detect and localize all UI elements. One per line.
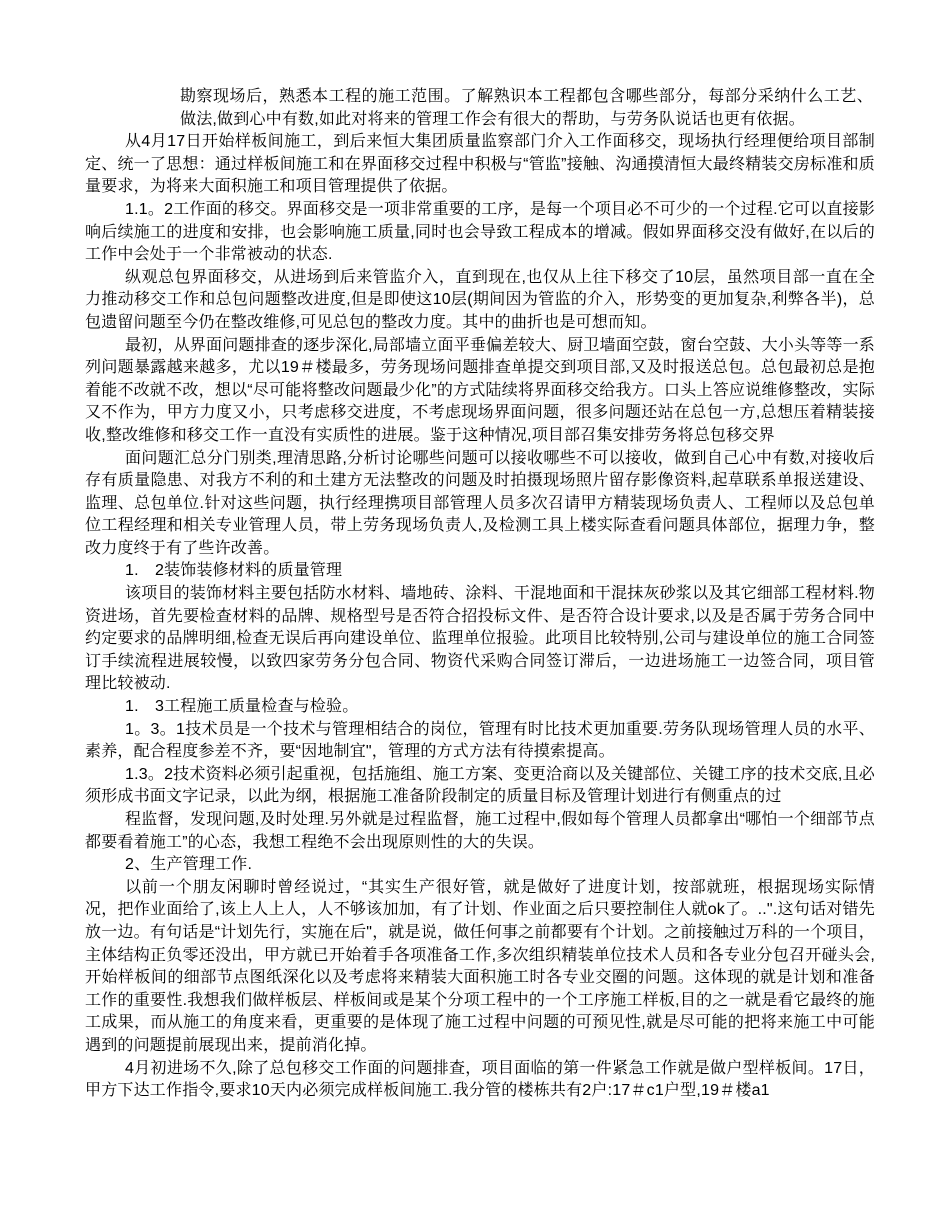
document-page: 勘察现场后，熟悉本工程的施工范围。了解熟识本工程都包含哪些部分，每部分采纳什么工… — [0, 0, 950, 1230]
document-text: 勘察现场后，熟悉本工程的施工范围。了解熟识本工程都包含哪些部分，每部分采纳什么工… — [85, 86, 875, 1103]
paragraph-7: 1. 2装饰装修材料的质量管理 — [85, 560, 875, 583]
paragraph-2: 从4月17日开始样板间施工，到后来恒大集团质量监察部门介入工作面移交，现场执行经… — [85, 131, 875, 199]
paragraph-6: 面问题汇总分门别类,理清思路,分析讨论哪些问题可以接收哪些不可以接收，做到自己心… — [85, 448, 875, 561]
paragraph-11: 1.3。2技术资料必须引起重视，包括施组、施工方案、变更洽商以及关键部位、关键工… — [85, 764, 875, 809]
paragraph-10: 1。3。1技术员是一个技术与管理相结合的岗位，管理有时比技术更加重要.劳务队现场… — [85, 719, 875, 764]
paragraph-4: 纵观总包界面移交，从进场到后来管监介入，直到现在,也仅从上往下移交了10层，虽然… — [85, 267, 875, 335]
paragraph-15: 4月初进场不久,除了总包移交工作面的问题排查，项目面临的第一件紧急工作就是做户型… — [85, 1058, 875, 1103]
paragraph-12: 程监督，发现问题,及时处理.另外就是过程监督，施工过程中,假如每个管理人员都拿出… — [85, 809, 875, 854]
paragraph-1: 勘察现场后，熟悉本工程的施工范围。了解熟识本工程都包含哪些部分，每部分采纳什么工… — [180, 86, 873, 131]
paragraph-9: 1. 3工程施工质量检查与检验。 — [85, 696, 875, 719]
paragraph-3: 1.1。2工作面的移交。界面移交是一项非常重要的工序，是每一个项目必不可少的一个… — [85, 199, 875, 267]
paragraph-8: 该项目的装饰材料主要包括防水材料、墙地砖、涂料、干混地面和干混抹灰砂浆以及其它细… — [85, 583, 875, 696]
paragraph-13: 2、生产管理工作. — [85, 854, 875, 877]
paragraph-5: 最初，从界面问题排查的逐步深化,局部墙立面平垂偏差较大、厨卫墙面空鼓，窗台空鼓、… — [85, 335, 875, 448]
paragraph-14: 以前一个朋友闲聊时曾经说过，“其实生产很好管，就是做好了进度计划，按部就班，根据… — [85, 877, 875, 1058]
